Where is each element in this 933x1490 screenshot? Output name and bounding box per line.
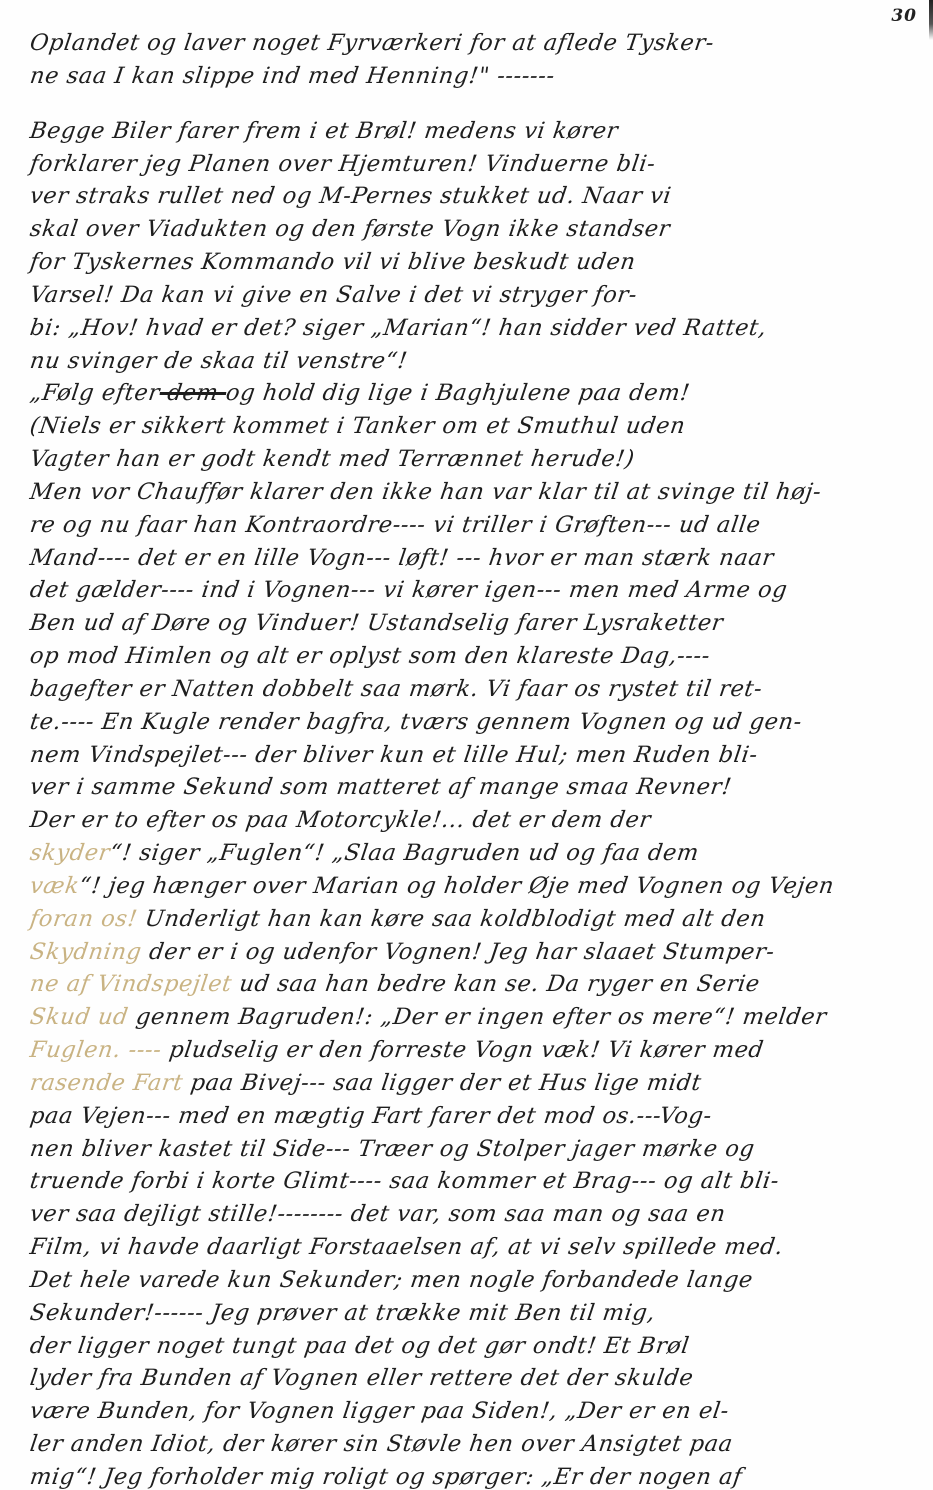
faded-ink-text: foran os! — [28, 906, 139, 932]
manuscript-line: skyder“! siger „Fuglen“! „Slaa Bagruden … — [28, 838, 912, 868]
line-text: Begge Biler farer frem i et Brøl! medens… — [28, 118, 620, 144]
manuscript-line: foran os! Underligt han kan køre saa kol… — [28, 904, 912, 934]
manuscript-line: Mand---- det er en lille Vogn--- løft! -… — [28, 543, 912, 573]
faded-ink-text: skyder — [28, 840, 112, 866]
line-text: bi: „Hov! hvad er det? siger „Marian“! h… — [28, 315, 768, 341]
faded-ink-text: Fuglen. ---- — [28, 1037, 163, 1063]
faded-ink-text: ne af Vindspejlet — [28, 971, 233, 997]
manuscript-line: Skydning der er i og udenfor Vognen! Jeg… — [28, 937, 912, 967]
manuscript-line: Ben ud af Døre og Vinduer! Ustandselig f… — [28, 608, 912, 638]
faded-ink-text: væk — [28, 873, 81, 899]
manuscript-line: forklarer jeg Planen over Hjemturen! Vin… — [28, 149, 912, 179]
line-text: ver straks rullet ned og M-Pernes stukke… — [28, 183, 673, 209]
line-text: Ben ud af Døre og Vinduer! Ustandselig f… — [28, 610, 725, 636]
line-text: op mod Himlen og alt er oplyst som den k… — [28, 643, 712, 669]
manuscript-line: op mod Himlen og alt er oplyst som den k… — [28, 641, 912, 671]
manuscript-line: Der er to efter os paa Motorcykle!... de… — [28, 805, 912, 835]
line-text: truende forbi i korte Glimt---- saa komm… — [28, 1168, 781, 1194]
line-text: pludselig er den forreste Vogn væk! Vi k… — [160, 1037, 766, 1063]
line-text: nem Vindspejlet--- der bliver kun et lil… — [28, 742, 759, 768]
line-text: skal over Viadukten og den første Vogn i… — [28, 216, 672, 242]
faded-ink-text: Skud ud — [28, 1004, 130, 1030]
line-text: Vagter han er godt kendt med Terrænnet h… — [28, 446, 636, 472]
line-text: forklarer jeg Planen over Hjemturen! Vin… — [28, 151, 657, 177]
manuscript-line: ne saa I kan slippe ind med Henning!" --… — [28, 61, 912, 91]
line-text: Varsel! Da kan vi give en Salve i det vi… — [28, 282, 639, 308]
line-text: Der er to efter os paa Motorcykle!... de… — [28, 807, 652, 833]
line-text: Underligt han kan køre saa koldblodigt m… — [136, 906, 768, 932]
line-text: Oplandet og laver noget Fyrværkeri for a… — [28, 30, 716, 56]
line-text: for Tyskernes Kommando vil vi blive besk… — [28, 249, 637, 275]
manuscript-line: ver i samme Sekund som matteret af mange… — [28, 772, 912, 802]
manuscript-line: Varsel! Da kan vi give en Salve i det vi… — [28, 280, 912, 310]
manuscript-page: 30 Oplandet og laver noget Fyrværkeri fo… — [0, 0, 933, 1490]
manuscript-line: Fuglen. ---- pludselig er den forreste V… — [28, 1035, 912, 1065]
line-text: være Bunden, for Vognen ligger paa Siden… — [28, 1398, 731, 1424]
line-text: Det hele varede kun Sekunder; men nogle … — [28, 1267, 754, 1293]
line-text: ver saa dejligt stille!-------- det var,… — [28, 1201, 727, 1227]
line-text: “! jeg hænger over Marian og holder Øje … — [78, 873, 836, 899]
line-text: Men vor Chauffør klarer den ikke han var… — [28, 479, 823, 505]
manuscript-line: Vagter han er godt kendt med Terrænnet h… — [28, 444, 912, 474]
line-text: paa Vejen--- med en mægtig Fart farer de… — [28, 1103, 713, 1129]
manuscript-line: ler anden Idiot, der kører sin Støvle he… — [28, 1429, 912, 1459]
manuscript-line: skal over Viadukten og den første Vogn i… — [28, 214, 912, 244]
line-text: Sekunder!------ Jeg prøver at trække mit… — [28, 1300, 657, 1326]
manuscript-line: Men vor Chauffør klarer den ikke han var… — [28, 477, 912, 507]
manuscript-line: Sekunder!------ Jeg prøver at trække mit… — [28, 1298, 912, 1328]
line-text: nen bliver kastet til Side--- Træer og S… — [28, 1136, 756, 1162]
line-text: paa Bivej--- saa ligger der et Hus lige … — [181, 1070, 703, 1096]
line-text: “! siger „Fuglen“! „Slaa Bagruden ud og … — [108, 840, 700, 866]
line-text: bagefter er Natten dobbelt saa mørk. Vi … — [28, 676, 764, 702]
faded-ink-text: rasende Fart — [28, 1070, 185, 1096]
manuscript-line: ne af Vindspejlet ud saa han bedre kan s… — [28, 969, 912, 999]
line-text: (Niels er sikkert kommet i Tanker om et … — [28, 413, 687, 439]
manuscript-line: re og nu faar han Kontraordre---- vi tri… — [28, 510, 912, 540]
line-text: ler anden Idiot, der kører sin Støvle he… — [28, 1431, 734, 1457]
line-text: nu svinger de skaa til venstre“! — [28, 348, 409, 374]
manuscript-line: for Tyskernes Kommando vil vi blive besk… — [28, 247, 912, 277]
manuscript-line: ver straks rullet ned og M-Pernes stukke… — [28, 181, 912, 211]
line-text: Mand---- det er en lille Vogn--- løft! -… — [28, 545, 775, 571]
manuscript-line: Skud ud gennem Bagruden!: „Der er ingen … — [28, 1002, 912, 1032]
line-text: mig“! Jeg forholder mig roligt og spørge… — [28, 1464, 744, 1490]
manuscript-line: lyder fra Bunden af Vognen eller rettere… — [28, 1363, 912, 1393]
line-text: re og nu faar han Kontraordre---- vi tri… — [28, 512, 762, 538]
manuscript-line: mig“! Jeg forholder mig roligt og spørge… — [28, 1462, 912, 1490]
manuscript-line: Begge Biler farer frem i et Brøl! medens… — [28, 116, 912, 146]
manuscript-line: bagefter er Natten dobbelt saa mørk. Vi … — [28, 674, 912, 704]
manuscript-line: nu svinger de skaa til venstre“! — [28, 346, 912, 376]
line-text: ne saa I kan slippe ind med Henning!" --… — [28, 63, 556, 89]
line-text: der ligger noget tungt paa det og det gø… — [28, 1333, 691, 1359]
manuscript-line: Det hele varede kun Sekunder; men nogle … — [28, 1265, 912, 1295]
line-text: Film, vi havde daarligt Forstaaelsen af,… — [28, 1234, 785, 1260]
line-text: der er i og udenfor Vognen! Jeg har slaa… — [140, 939, 777, 965]
manuscript-line: „Følg efter dem og hold dig lige i Baghj… — [28, 378, 912, 408]
manuscript-line: te.---- En Kugle render bagfra, tværs ge… — [28, 707, 912, 737]
manuscript-line: paa Vejen--- med en mægtig Fart farer de… — [28, 1101, 912, 1131]
line-text: ver i samme Sekund som matteret af mange… — [28, 774, 733, 800]
manuscript-line: være Bunden, for Vognen ligger paa Siden… — [28, 1396, 912, 1426]
line-text: te.---- En Kugle render bagfra, tværs ge… — [28, 709, 803, 735]
manuscript-line: der ligger noget tungt paa det og det gø… — [28, 1331, 912, 1361]
struck-out-word: dem — [158, 380, 228, 406]
manuscript-line: Oplandet og laver noget Fyrværkeri for a… — [28, 28, 912, 58]
manuscript-line: bi: „Hov! hvad er det? siger „Marian“! h… — [28, 313, 912, 343]
line-text: gennem Bagruden!: „Der er ingen efter os… — [126, 1004, 828, 1030]
manuscript-line: rasende Fart paa Bivej--- saa ligger der… — [28, 1068, 912, 1098]
line-text: ud saa han bedre kan se. Da ryger en Ser… — [230, 971, 762, 997]
page-number: 30 — [891, 6, 917, 26]
manuscript-line: det gælder---- ind i Vognen--- vi kører … — [28, 575, 912, 605]
faded-ink-text: Skydning — [28, 939, 143, 965]
page-edge-shadow — [929, 0, 933, 40]
line-text: det gælder---- ind i Vognen--- vi kører … — [28, 577, 789, 603]
manuscript-line: væk“! jeg hænger over Marian og holder Ø… — [28, 871, 912, 901]
manuscript-line: nen bliver kastet til Side--- Træer og S… — [28, 1134, 912, 1164]
line-text: „Følg efter — [28, 380, 161, 406]
manuscript-line: ver saa dejligt stille!-------- det var,… — [28, 1199, 912, 1229]
manuscript-line: Film, vi havde daarligt Forstaaelsen af,… — [28, 1232, 912, 1262]
line-text: lyder fra Bunden af Vognen eller rettere… — [28, 1365, 695, 1391]
manuscript-line: truende forbi i korte Glimt---- saa komm… — [28, 1166, 912, 1196]
line-text-continued: og hold dig lige i Baghjulene paa dem! — [224, 380, 691, 406]
manuscript-line: nem Vindspejlet--- der bliver kun et lil… — [28, 740, 912, 770]
manuscript-line: (Niels er sikkert kommet i Tanker om et … — [28, 411, 912, 441]
